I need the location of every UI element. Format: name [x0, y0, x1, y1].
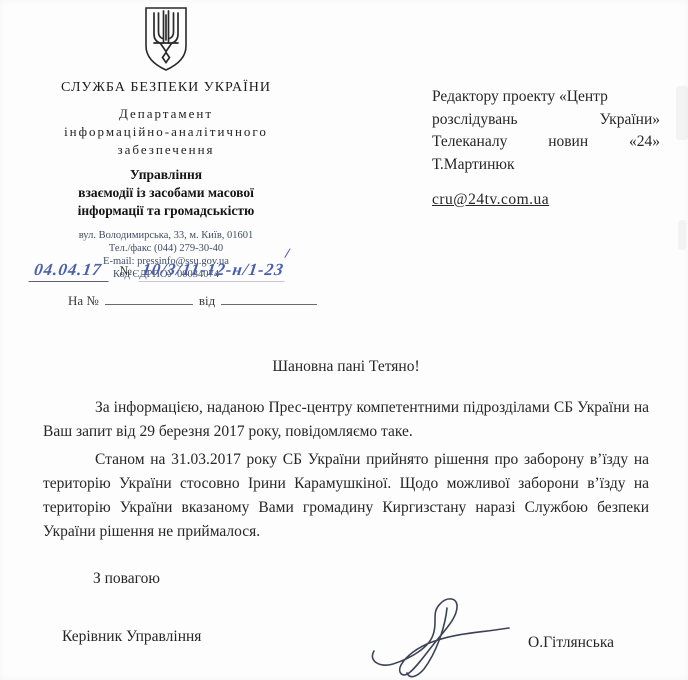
- recipient-block: Редактору проекту «Центр розслідувань Ук…: [432, 86, 660, 212]
- recipient-email: cru@24tv.com.ua: [432, 189, 549, 212]
- department-line: Департамент: [28, 105, 304, 123]
- scan-artifact: [678, 220, 686, 250]
- address-line: вул. Володимирська, 33, м. Київ, 01601: [28, 229, 304, 242]
- signer-title: Керівник Управління: [62, 628, 201, 646]
- vid-label: від: [199, 293, 215, 308]
- division-line: взаємодії із засобами масової: [28, 184, 304, 202]
- org-name: СЛУЖБА БЕЗПЕКИ УКРАЇНИ: [28, 80, 304, 96]
- scan-artifact: [676, 86, 688, 140]
- body-paragraph-1: За інформацією, наданою Прес-центру комп…: [43, 396, 649, 444]
- body-paragraph-2: Станом на 31.03.2017 року СБ України при…: [43, 448, 649, 544]
- division-name: Управління взаємодії із засобами масової…: [28, 166, 304, 220]
- ukraine-trident-emblem-icon: [142, 6, 190, 72]
- recipient-line: Телеканалу новин «24»: [432, 131, 660, 154]
- department-line: забезпечення: [28, 141, 304, 159]
- closing-valediction: З повагою: [93, 570, 160, 588]
- reply-date-blank: [221, 292, 317, 305]
- salutation: Шановна пані Тетяно!: [43, 358, 649, 376]
- letterhead: СЛУЖБА БЕЗПЕКИ УКРАЇНИ Департамент інфор…: [28, 6, 304, 281]
- recipient-name: Т.Мартинюк: [432, 154, 660, 177]
- scanned-letter-document: СЛУЖБА БЕЗПЕКИ УКРАЇНИ Департамент інфор…: [0, 0, 688, 680]
- na-label: На №: [68, 293, 99, 308]
- letter-body: Шановна пані Тетяно! За інформацією, над…: [43, 358, 649, 544]
- number-sign: №: [120, 263, 132, 278]
- handwritten-signature-icon: [360, 595, 512, 680]
- phone-line: Тел./факс (044) 279-30-40: [28, 242, 304, 255]
- department-name: Департамент інформаційно-аналітичного за…: [28, 105, 304, 159]
- recipient-line: розслідувань України»: [432, 109, 660, 132]
- recipient-line: Редактору проекту «Центр: [432, 86, 660, 109]
- handwritten-date: 04.04.17: [28, 260, 111, 282]
- division-line: Управління: [28, 166, 304, 184]
- reply-number-blank: [105, 292, 193, 305]
- handwritten-number: 10/3/11-12-н/1-23: [138, 260, 287, 282]
- reference-row: / 04.04.17 № 10/3/11-12-н/1-23: [30, 260, 350, 282]
- division-line: інформації та громадськістю: [28, 202, 304, 220]
- signer-name: О.Гітлянська: [528, 634, 614, 652]
- reply-reference-row: На №від: [68, 292, 328, 309]
- department-line: інформаційно-аналітичного: [28, 123, 304, 141]
